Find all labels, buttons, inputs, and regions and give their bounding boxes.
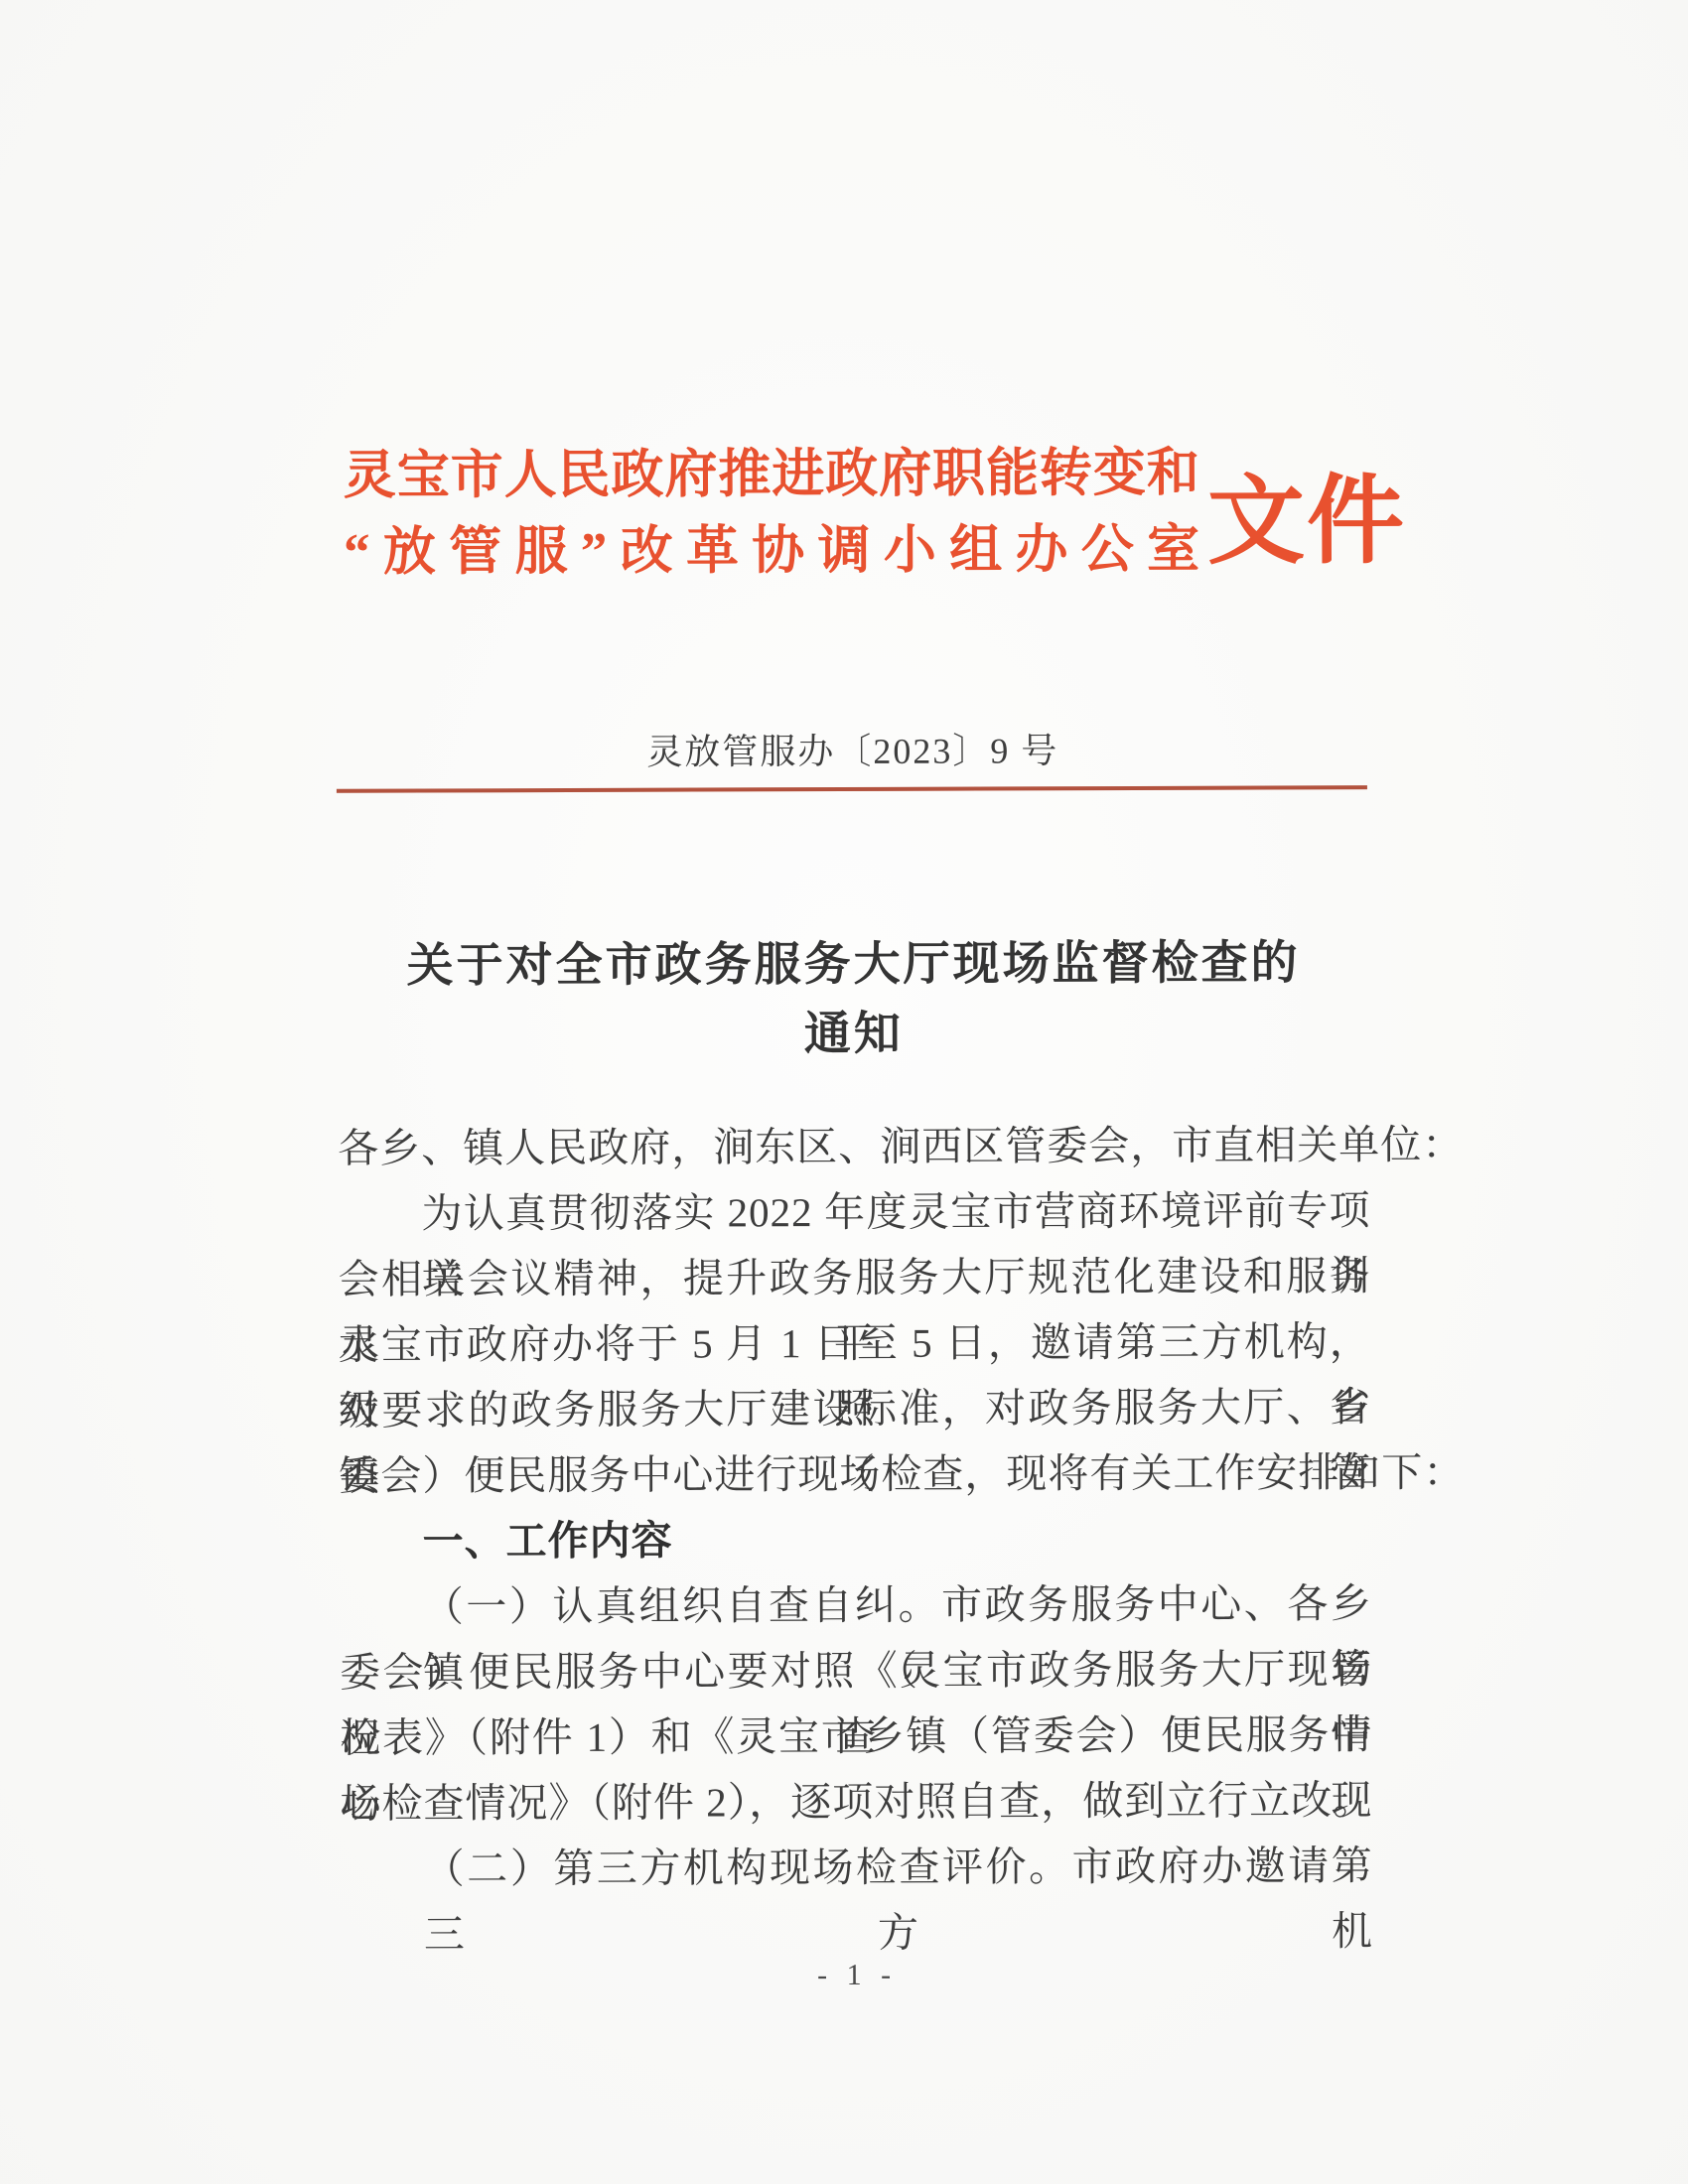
doc-title-line1: 关于对全市政务服务大厅现场监督检查的	[317, 927, 1389, 1001]
scanned-content: 灵宝市人民政府推进政府职能转变和 “放管服”改革协调小组办公室 文件 灵放管服办…	[0, 0, 1688, 2184]
issuing-org-line1: 灵宝市人民政府推进政府职能转变和	[344, 436, 1199, 515]
body-line: 一、工作内容	[339, 1505, 1371, 1574]
body-line: 况表》（附件 1）和《灵宝市乡镇（管委会）便民服务中心现	[340, 1702, 1372, 1771]
body-line: 灵宝市政府办将于 5 月 1 日至 5 日，邀请第三方机构，对照省	[339, 1308, 1371, 1378]
issuing-org-name: 灵宝市人民政府推进政府职能转变和 “放管服”改革协调小组办公室	[344, 436, 1200, 592]
letterhead: 灵宝市人民政府推进政府职能转变和 “放管服”改革协调小组办公室 文件	[344, 435, 1377, 592]
body-line: 委会）便民服务中心要对照《灵宝市政务服务大厅现场检查情	[340, 1636, 1372, 1706]
body-line: 各乡、镇人民政府，涧东区、涧西区管委会，市直相关单位：	[338, 1112, 1370, 1181]
document-page: 灵宝市人民政府推进政府职能转变和 “放管服”改革协调小组办公室 文件 灵放管服办…	[0, 0, 1688, 2184]
doc-title: 关于对全市政务服务大厅现场监督检查的 通知	[317, 927, 1389, 1070]
body: 各乡、镇人民政府，涧东区、涧西区管委会，市直相关单位：为认真贯彻落实 2022 …	[338, 1112, 1373, 1902]
doc-title-line2: 通知	[318, 997, 1390, 1070]
issuing-org-line2: “放管服”改革协调小组办公室	[344, 512, 1199, 592]
body-line: 为认真贯彻落实 2022 年度灵宝市营商环境评前专项培训	[338, 1177, 1370, 1247]
doc-number: 灵放管服办〔2023〕9 号	[337, 727, 1369, 776]
body-line: 会相关会议精神，提升政务服务大厅规范化建设和服务水平，	[339, 1243, 1371, 1312]
body-line: 委会）便民服务中心进行现场检查，现将有关工作安排如下：	[339, 1439, 1371, 1509]
body-line: （二）第三方机构现场检查评价。市政府办邀请第三方机	[341, 1833, 1373, 1902]
page-number: - 1 -	[341, 1956, 1373, 1995]
body-line: 级要求的政务服务大厅建设标准，对政务服务大厅、乡镇（管	[339, 1374, 1371, 1443]
doc-type-label: 文件	[1207, 473, 1406, 573]
red-divider-rule	[337, 785, 1367, 793]
body-line: 场检查情况》（附件 2），逐项对照自查，做到立行立改。	[340, 1767, 1372, 1837]
body-line: （一）认真组织自查自纠。市政务服务中心、各乡镇（管	[340, 1570, 1372, 1640]
